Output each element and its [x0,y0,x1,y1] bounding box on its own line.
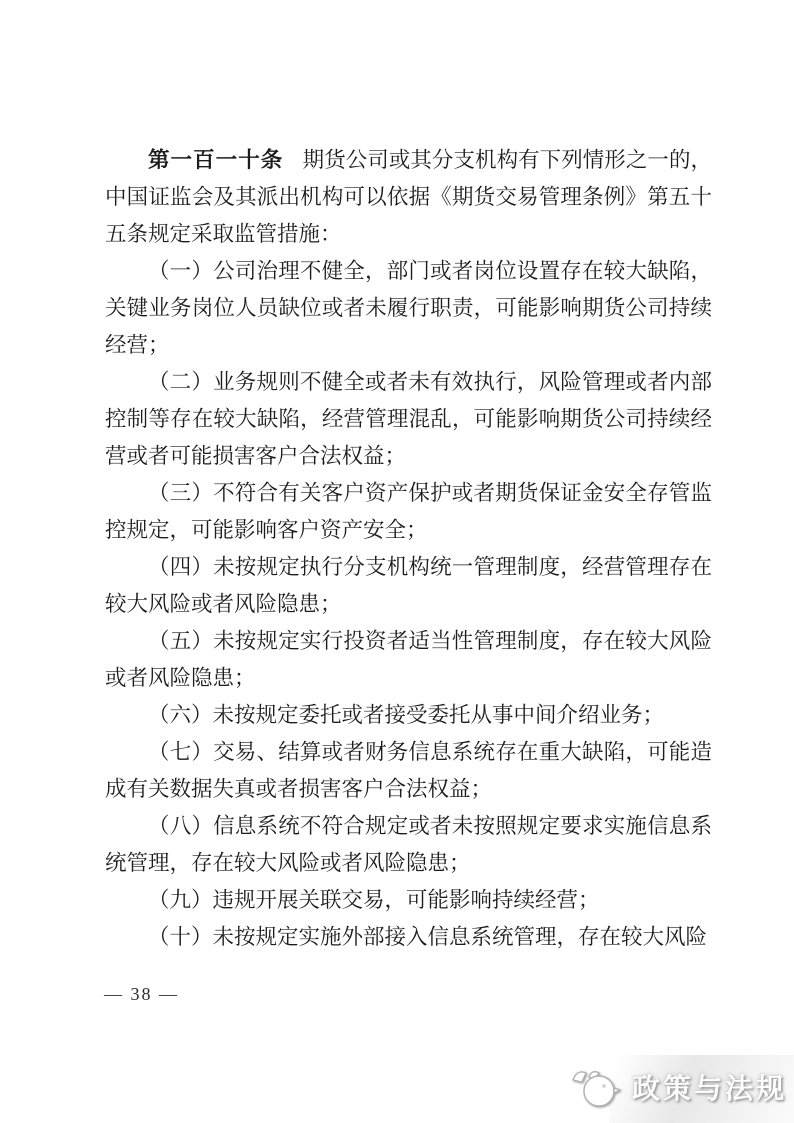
article-item-4: （四）未按规定执行分支机构统一管理制度，经营管理存在较大风险或者风险隐患； [105,549,712,623]
article-item-2: （二）业务规则不健全或者未有效执行，风险管理或者内部控制等存在较大缺陷，经营管理… [105,364,712,475]
article-item-5: （五）未按规定实行投资者适当性管理制度，存在较大风险或者风险隐患； [105,623,712,697]
article-item-6: （六）未按规定委托或者接受委托从事中间介绍业务； [105,697,712,734]
mascot-bird-icon [569,1064,623,1110]
article-heading-paragraph: 第一百一十条期货公司或其分支机构有下列情形之一的，中国证监会及其派出机构可以依据… [105,142,712,253]
publisher-watermark: 政策与法规 [569,1064,787,1110]
watermark-label: 政策与法规 [632,1067,787,1107]
article-number: 第一百一十条 [148,148,283,172]
article-item-3: （三）不符合有关客户资产保护或者期货保证金安全存管监控规定，可能影响客户资产安全… [105,475,712,549]
article-item-9: （九）违规开展关联交易，可能影响持续经营； [105,882,712,919]
page-number: — 38 — [104,984,179,1005]
article-item-10: （十）未按规定实施外部接入信息系统管理，存在较大风险 [105,919,712,956]
document-page: 第一百一十条期货公司或其分支机构有下列情形之一的，中国证监会及其派出机构可以依据… [0,0,794,1123]
article-item-8: （八）信息系统不符合规定或者未按照规定要求实施信息系统管理，存在较大风险或者风险… [105,808,712,882]
article-item-7: （七）交易、结算或者财务信息系统存在重大缺陷，可能造成有关数据失真或者损害客户合… [105,734,712,808]
article-body: 第一百一十条期货公司或其分支机构有下列情形之一的，中国证监会及其派出机构可以依据… [105,142,712,956]
article-item-1: （一）公司治理不健全，部门或者岗位设置存在较大缺陷，关键业务岗位人员缺位或者未履… [105,253,712,364]
